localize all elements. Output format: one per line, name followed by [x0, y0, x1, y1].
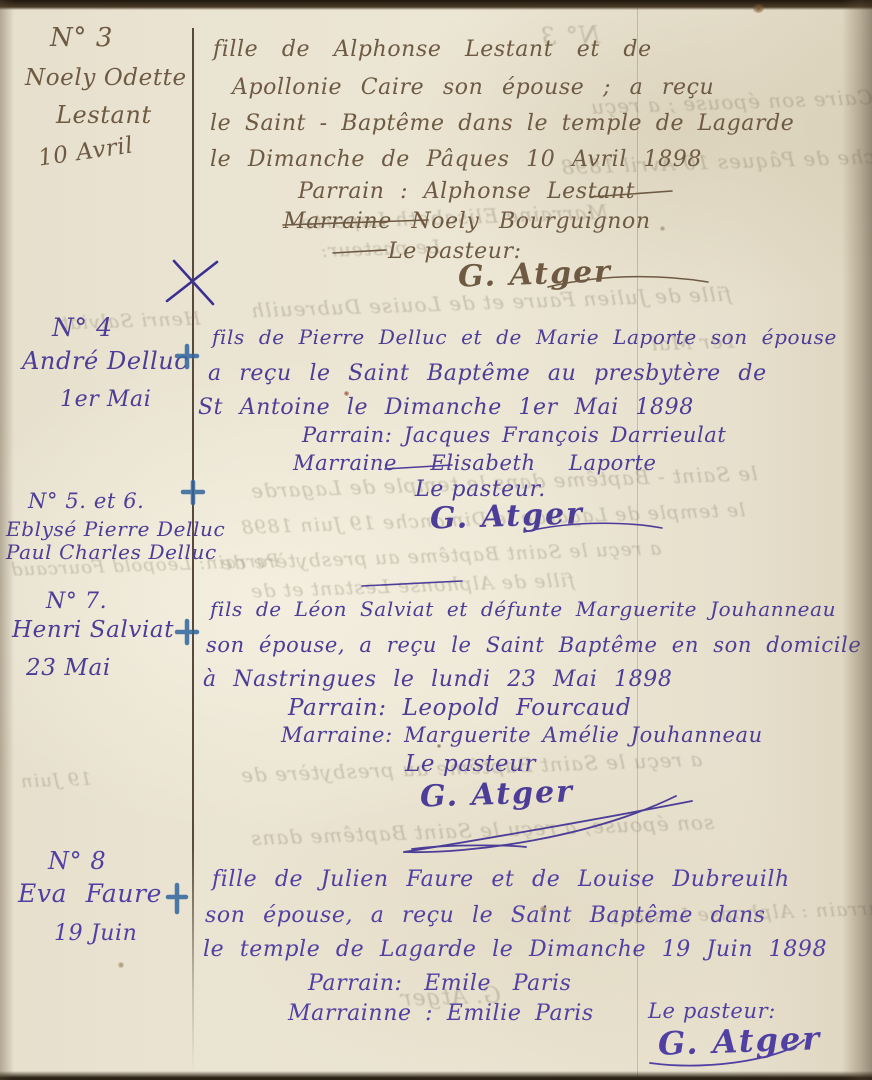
age-spot — [660, 226, 665, 231]
age-spot — [540, 906, 547, 912]
page-edge-top — [0, 0, 872, 10]
page-edge-right — [842, 0, 872, 1080]
register-page: N° 3 Apollonie Caire son épouse ; a reçu… — [0, 0, 872, 1080]
entry7-strokes — [404, 796, 692, 852]
page-edge-bottom — [0, 1071, 872, 1080]
age-spot — [753, 4, 764, 13]
x-mark — [167, 261, 217, 304]
ink-marks — [0, 0, 872, 1080]
page-edge-left — [0, 0, 14, 1080]
entry8-strokes — [650, 1040, 804, 1066]
blue-cross-marks — [168, 346, 203, 912]
entry3-strokes — [283, 191, 708, 287]
age-spot — [118, 962, 124, 968]
age-spot — [437, 744, 441, 748]
entry4-strokes — [362, 465, 662, 586]
age-spot — [344, 391, 349, 396]
